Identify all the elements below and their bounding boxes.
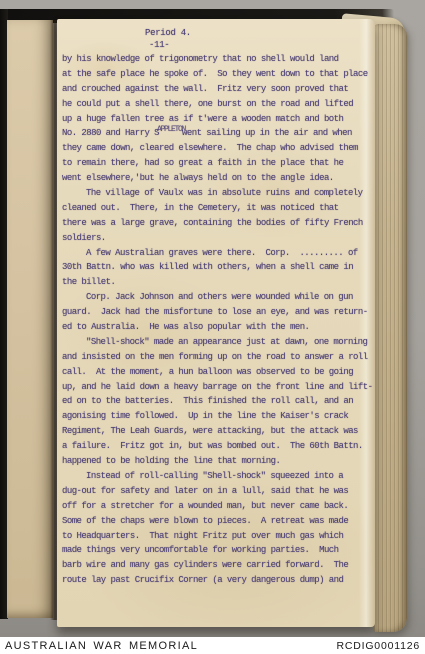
- text-line: A few Australian graves were there. Corp…: [62, 246, 373, 261]
- text-line: to Headquarters. That night Fritz put ov…: [62, 529, 373, 544]
- text-line: call. At the moment, a hun balloon was o…: [62, 365, 373, 380]
- text-line: by his knowledge of trigonometry that no…: [62, 52, 373, 67]
- text-line: up, and he laid down a heavy barrage on …: [62, 380, 373, 395]
- typewritten-text-block: by his knowledge of trigonometry that no…: [62, 52, 373, 588]
- text-line: No. 2880 and Harry SAPPLETONwent sailing…: [62, 126, 373, 141]
- reference-id: RCDIG0001126: [336, 640, 420, 652]
- text-line: Regiment, The Leah Guards, were attackin…: [62, 424, 373, 439]
- text-line: "Shell-shock" made an appearance just at…: [62, 335, 373, 350]
- document-page: Period 4. -11- by his knowledge of trigo…: [57, 19, 375, 627]
- typed-insertion: APPLETON: [157, 125, 185, 134]
- text-line: cleaned out. There, in the Cemetery, it …: [62, 201, 373, 216]
- text-line: The village of Vaulx was in absolute rui…: [62, 186, 373, 201]
- page-edge-stack: [374, 24, 407, 632]
- text-line: and crouched against the wall. Fritz ver…: [62, 82, 373, 97]
- text-line: Some of the chaps were blown to pieces. …: [62, 514, 373, 529]
- text-line: made things very uncomfortable for worki…: [62, 543, 373, 558]
- text-line: guard. Jack had the misfortune to lose a…: [62, 305, 373, 320]
- archive-name: AUSTRALIAN WAR MEMORIAL: [5, 640, 198, 652]
- text-line: dug-out for safety and later on in a lul…: [62, 484, 373, 499]
- text-line: to remain there, had so great a faith in…: [62, 156, 373, 171]
- text-line: up a huge fallen tree as if t'were a woo…: [62, 112, 373, 127]
- text-line: the billet.: [62, 275, 373, 290]
- text-line: 30th Battn. who was killed with others, …: [62, 260, 373, 275]
- previous-page-edge: [7, 20, 53, 618]
- text-line: and insisted on the men forming up on th…: [62, 350, 373, 365]
- scanned-document-photo: Period 4. -11- by his knowledge of trigo…: [0, 0, 425, 654]
- footer-bar: AUSTRALIAN WAR MEMORIAL RCDIG0001126: [0, 637, 425, 654]
- text-line: they came down, cleared elsewhere. The c…: [62, 141, 373, 156]
- section-heading: Period 4.: [145, 28, 191, 38]
- text-line: happened to be holding the line that mor…: [62, 454, 373, 469]
- text-line: Corp. Jack Johnson and others were wound…: [62, 290, 373, 305]
- text-line: went elsewhere,'but he always held on to…: [62, 171, 373, 186]
- text-line: ed on to the batteries. This finished th…: [62, 394, 373, 409]
- text-line: off for a stretcher for a wounded man, b…: [62, 499, 373, 514]
- text-line: agonising time followed. Up in the line …: [62, 409, 373, 424]
- text-line: a failure. Fritz got in, but was bombed …: [62, 439, 373, 454]
- text-line: soldiers.: [62, 231, 373, 246]
- text-line: ed to Australia. He was also popular wit…: [62, 320, 373, 335]
- text-line: route lay past Crucifix Corner (a very d…: [62, 573, 373, 588]
- text-line: at the safe place he spoke of. So they w…: [62, 67, 373, 82]
- text-line: he could put a shell there, one burst on…: [62, 97, 373, 112]
- text-line: there was a large grave, containing the …: [62, 216, 373, 231]
- text-line: barb wire and many gas cylinders were ca…: [62, 558, 373, 573]
- text-line: Instead of roll-calling "Shell-shock" sq…: [62, 469, 373, 484]
- page-number: -11-: [149, 40, 169, 50]
